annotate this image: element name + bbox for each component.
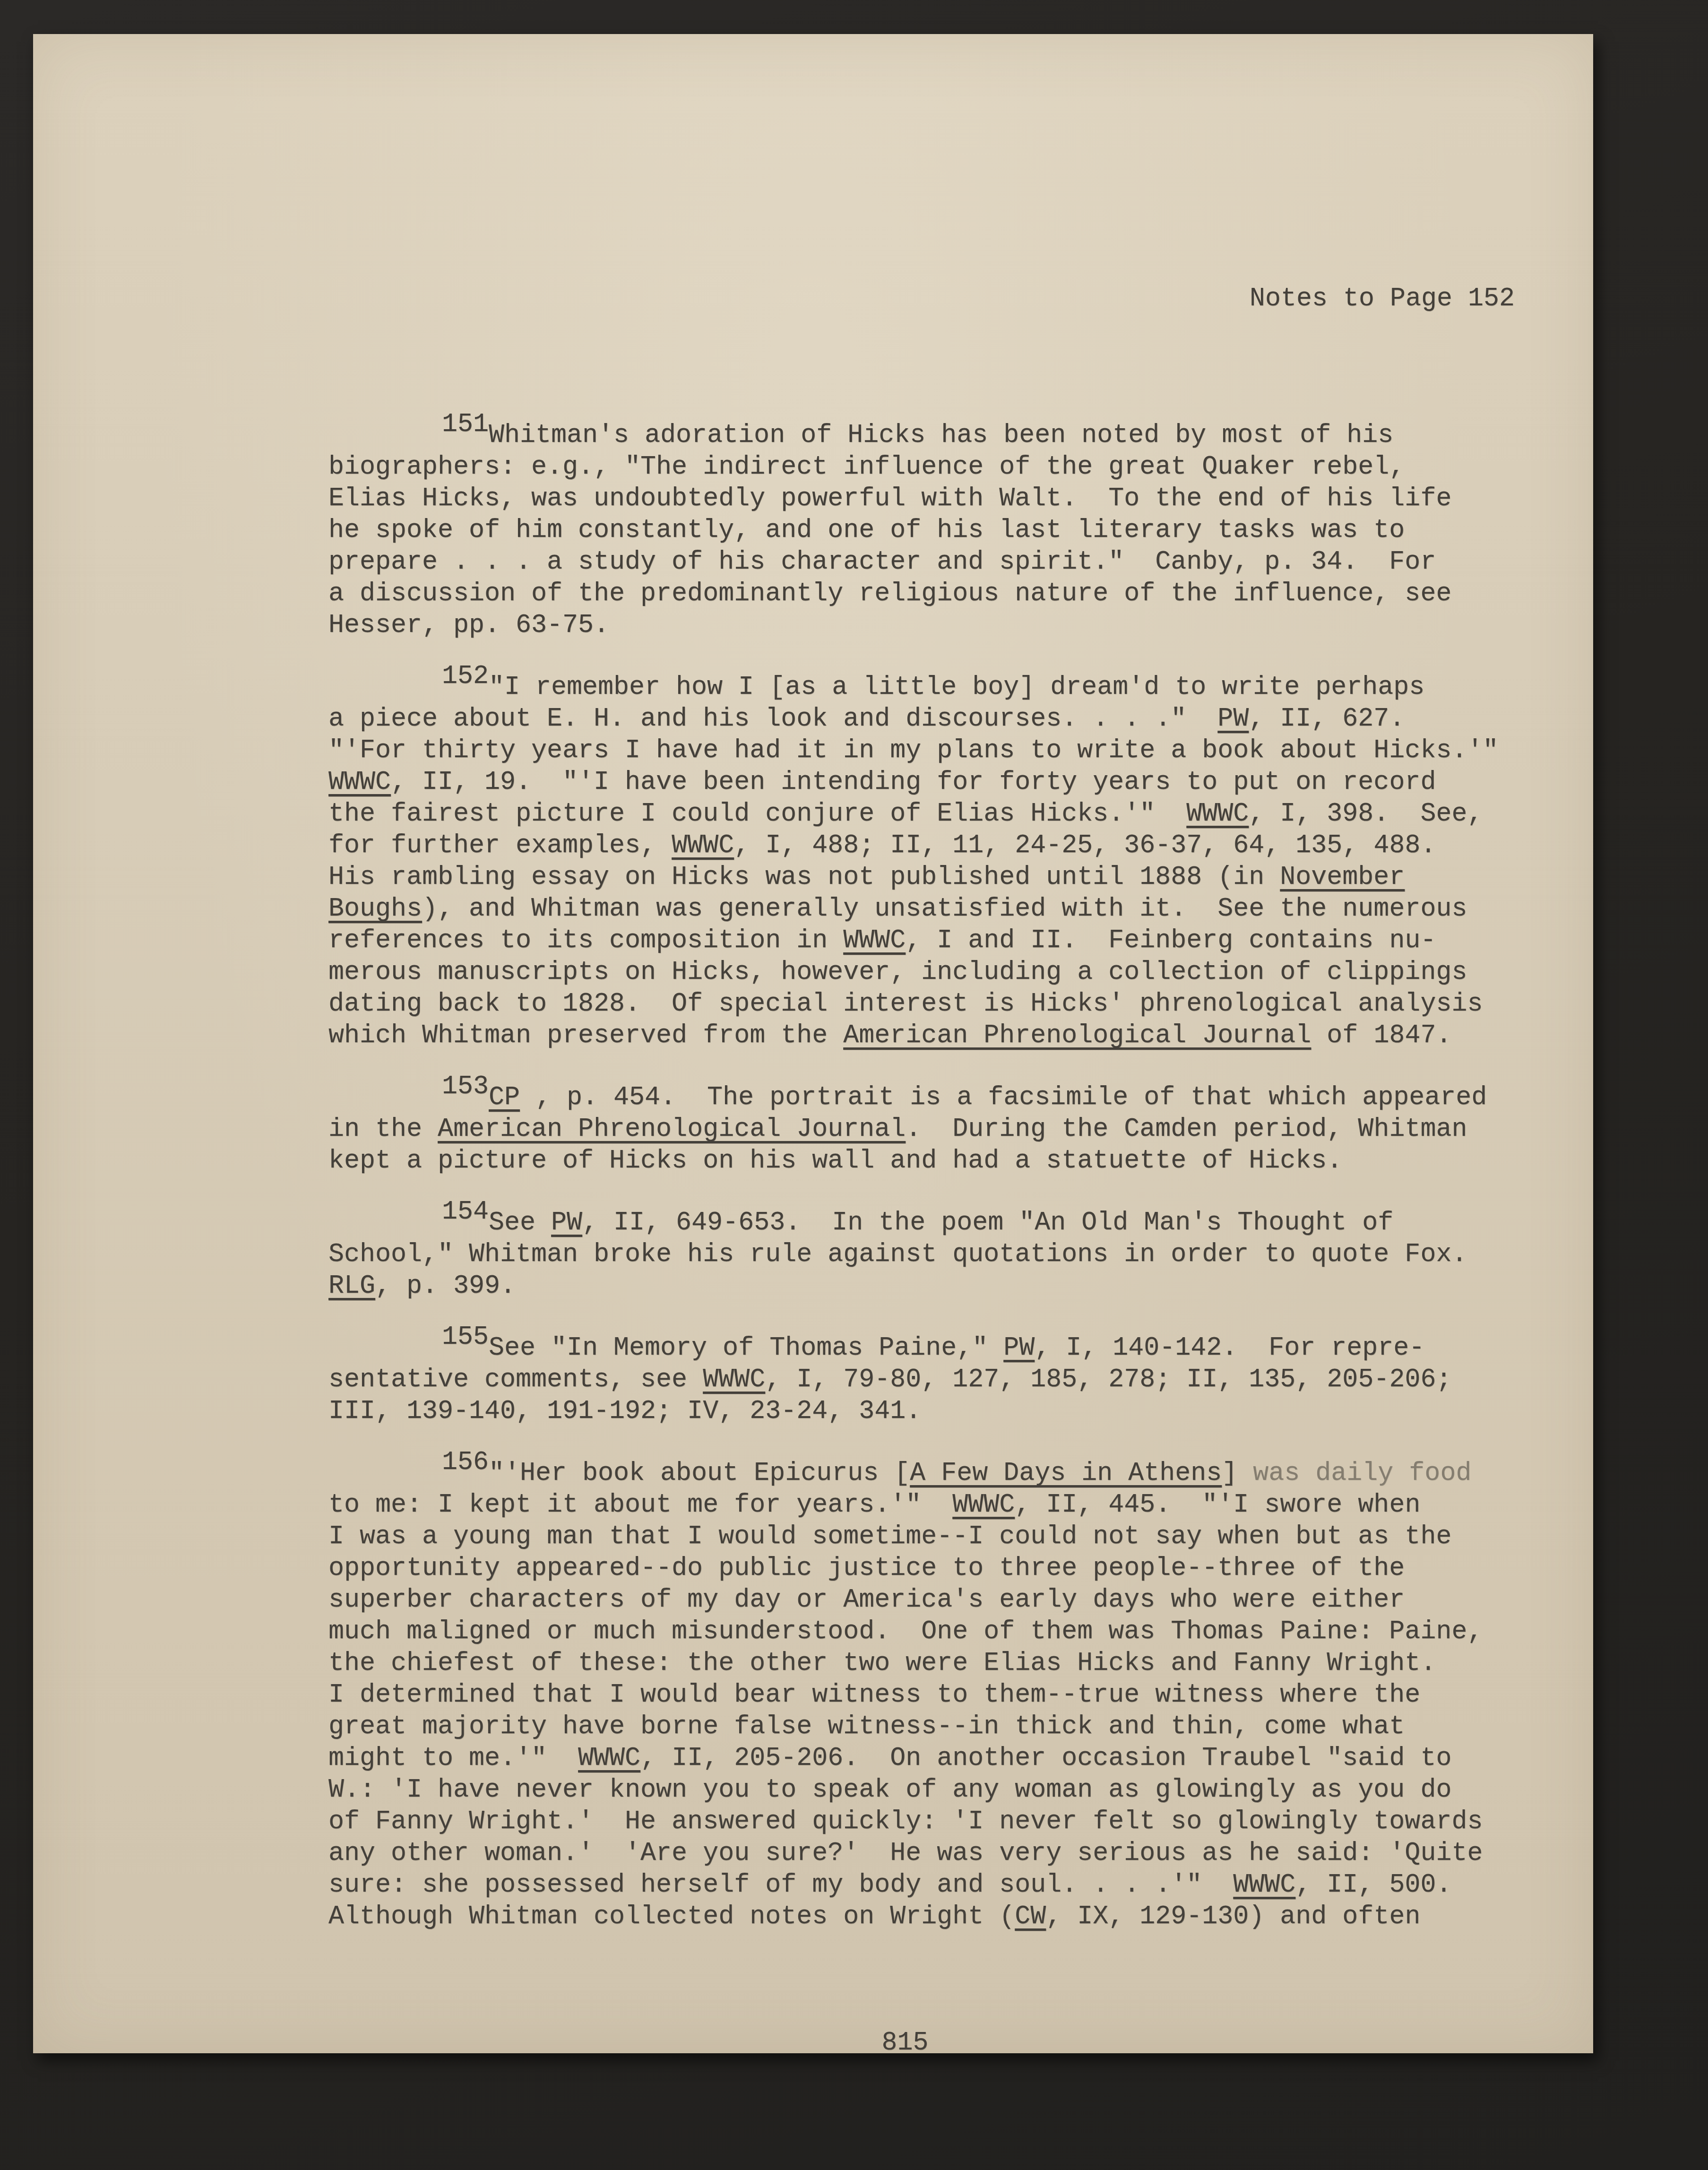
text-segment: biographers: e.g., "The indirect influen… (328, 452, 1405, 482)
text-segment: W.: 'I have never known you to speak of … (328, 1775, 1451, 1805)
text-line: dating back to 1828. Of special interest… (328, 988, 1482, 1020)
text-line: I was a young man that I would sometime-… (328, 1521, 1482, 1552)
text-segment: superber characters of my day or America… (328, 1585, 1405, 1615)
text-segment: kept a picture of Hicks on his wall and … (328, 1146, 1342, 1176)
text-segment: a piece about E. H. and his look and dis… (328, 704, 1217, 734)
text-line: he spoke of him constantly, and one of h… (328, 514, 1482, 546)
footnote-151: 151Whitman's adoration of Hicks has been… (328, 419, 1482, 641)
text-line: the fairest picture I could conjure of E… (328, 798, 1482, 830)
text-line: 155See "In Memory of Thomas Paine," PW, … (328, 1332, 1482, 1364)
text-line: Hesser, pp. 63-75. (328, 609, 1482, 641)
text-segment: See "In Memory of Thomas Paine," (489, 1333, 1003, 1363)
text-segment: School," Whitman broke his rule against … (328, 1239, 1467, 1269)
text-line: prepare . . . a study of his character a… (328, 546, 1482, 578)
page-number: 815 (328, 2027, 1482, 2058)
underlined-citation: PW (551, 1208, 582, 1237)
text-segment: , I, 488; II, 11, 24-25, 36-37, 64, 135,… (734, 830, 1436, 860)
text-line: which Whitman preserved from the America… (328, 1020, 1482, 1051)
underlined-citation: WWWC (843, 925, 906, 955)
footnote-155: 155See "In Memory of Thomas Paine," PW, … (328, 1332, 1482, 1427)
text-line: a discussion of the predominantly religi… (328, 578, 1482, 609)
text-line: 154See PW, II, 649-653. In the poem "An … (328, 1207, 1482, 1238)
text-line: 152"I remember how I [as a little boy] d… (328, 671, 1482, 703)
text-line: superber characters of my day or America… (328, 1584, 1482, 1616)
text-segment: , p. 454. The portrait is a facsimile of… (520, 1082, 1487, 1112)
text-segment: the fairest picture I could conjure of E… (328, 799, 1186, 829)
text-segment: His rambling essay on Hicks was not publ… (328, 862, 1280, 892)
underlined-citation: CP (489, 1082, 520, 1112)
text-line: Boughs), and Whitman was generally unsat… (328, 893, 1482, 925)
footnote-152: 152"I remember how I [as a little boy] d… (328, 671, 1482, 1051)
underlined-citation: November (1280, 862, 1405, 892)
text-line: great majority have borne false witness-… (328, 1711, 1482, 1742)
text-segment: sentative comments, see (328, 1365, 703, 1394)
text-line: for further examples, WWWC, I, 488; II, … (328, 830, 1482, 861)
text-line: of Fanny Wright.' He answered quickly: '… (328, 1806, 1482, 1837)
text-segment: , II, 649-653. In the poem "An Old Man's… (582, 1208, 1393, 1237)
text-line: biographers: e.g., "The indirect influen… (328, 451, 1482, 483)
text-segment: references to its composition in (328, 925, 843, 955)
text-line: much maligned or much misunderstood. One… (328, 1616, 1482, 1647)
underlined-citation: PW (1217, 704, 1249, 734)
underlined-citation: CW (1015, 1902, 1046, 1931)
underlined-citation: PW (1003, 1333, 1035, 1363)
text-segment: prepare . . . a study of his character a… (328, 547, 1436, 577)
underlined-citation: RLG (328, 1271, 375, 1301)
text-segment: might to me.'" (328, 1743, 578, 1773)
text-segment: sure: she possessed herself of my body a… (328, 1870, 1233, 1900)
footnote-153: 153CP , p. 454. The portrait is a facsim… (328, 1081, 1482, 1176)
text-segment: which Whitman preserved from the (328, 1020, 843, 1050)
text-segment: , II, 500. (1295, 1870, 1451, 1900)
text-segment: in the (328, 1114, 438, 1144)
text-segment: to me: I kept it about me for years.'" (328, 1490, 952, 1520)
text-segment: for further examples, (328, 830, 672, 860)
footnote-number: 151 (442, 409, 489, 439)
text-line: 151Whitman's adoration of Hicks has been… (328, 419, 1482, 451)
text-segment: , I, 398. See, (1249, 799, 1483, 829)
text-segment: , IX, 129-130) and often (1046, 1902, 1420, 1931)
underlined-citation: American Phrenological Journal (843, 1020, 1311, 1050)
text-segment: of Fanny Wright.' He answered quickly: '… (328, 1807, 1483, 1836)
text-segment: , I, 140-142. For repre- (1035, 1333, 1424, 1363)
footnotes-section: 151Whitman's adoration of Hicks has been… (328, 419, 1482, 1932)
text-line: the chiefest of these: the other two wer… (328, 1647, 1482, 1679)
text-line: 156"'Her book about Epicurus [A Few Days… (328, 1457, 1482, 1489)
underlined-citation: WWWC (952, 1490, 1015, 1520)
text-segment: any other woman.' 'Are you sure?' He was… (328, 1838, 1483, 1868)
text-segment: Hesser, pp. 63-75. (328, 610, 609, 640)
text-segment: much maligned or much misunderstood. One… (328, 1617, 1483, 1646)
text-line: kept a picture of Hicks on his wall and … (328, 1145, 1482, 1176)
text-line: School," Whitman broke his rule against … (328, 1238, 1482, 1270)
text-segment: "'For thirty years I have had it in my p… (328, 735, 1498, 765)
underlined-citation: WWWC (328, 767, 391, 797)
underlined-citation: WWWC (1233, 1870, 1295, 1900)
text-line: Elias Hicks, was undoubtedly powerful wi… (328, 483, 1482, 514)
text-line: His rambling essay on Hicks was not publ… (328, 861, 1482, 893)
scanner-background: Notes to Page 152 151Whitman's adoration… (0, 0, 1708, 2170)
underlined-citation: Boughs (328, 894, 422, 924)
underlined-citation: A Few Days in Athens (910, 1458, 1222, 1488)
text-segment: , II, 205-206. On another occasion Traub… (640, 1743, 1451, 1773)
text-segment: , I and II. Feinberg contains nu- (906, 925, 1436, 955)
text-segment: . During the Camden period, Whitman (906, 1114, 1467, 1144)
text-segment: ), and Whitman was generally unsatisfied… (422, 894, 1467, 924)
text-line: any other woman.' 'Are you sure?' He was… (328, 1837, 1482, 1869)
text-segment: Elias Hicks, was undoubtedly powerful wi… (328, 484, 1451, 513)
text-segment: , p. 399. (375, 1271, 516, 1301)
text-segment: , II, 445. "'I swore when (1015, 1490, 1420, 1520)
footnote-156: 156"'Her book about Epicurus [A Few Days… (328, 1457, 1482, 1932)
text-segment: See (489, 1208, 551, 1237)
text-segment: Whitman's adoration of Hicks has been no… (489, 420, 1393, 450)
underlined-citation: WWWC (1186, 799, 1249, 829)
underlined-citation: WWWC (672, 830, 734, 860)
text-segment: I was a young man that I would sometime-… (328, 1522, 1451, 1551)
text-line: references to its composition in WWWC, I… (328, 925, 1482, 956)
underlined-citation: American Phrenological Journal (438, 1114, 906, 1144)
text-segment: ] (1222, 1458, 1253, 1488)
text-segment: was daily food (1253, 1458, 1471, 1488)
text-segment: , I, 79-80, 127, 185, 278; II, 135, 205-… (765, 1365, 1451, 1394)
text-line: WWWC, II, 19. "'I have been intending fo… (328, 766, 1482, 798)
underlined-citation: WWWC (578, 1743, 640, 1773)
footnote-number: 155 (442, 1322, 489, 1352)
text-segment: he spoke of him constantly, and one of h… (328, 515, 1405, 545)
underlined-citation: WWWC (703, 1365, 765, 1394)
footnote-number: 156 (442, 1447, 489, 1477)
text-line: to me: I kept it about me for years.'" W… (328, 1489, 1482, 1521)
text-line: sentative comments, see WWWC, I, 79-80, … (328, 1364, 1482, 1395)
text-line: I determined that I would bear witness t… (328, 1679, 1482, 1711)
text-line: sure: she possessed herself of my body a… (328, 1869, 1482, 1901)
text-line: in the American Phrenological Journal. D… (328, 1113, 1482, 1145)
text-line: Although Whitman collected notes on Wrig… (328, 1901, 1482, 1932)
footnote-number: 153 (442, 1072, 489, 1101)
running-head: Notes to Page 152 (328, 283, 1515, 314)
text-segment: opportunity appeared--do public justice … (328, 1553, 1405, 1583)
text-line: 153CP , p. 454. The portrait is a facsim… (328, 1081, 1482, 1113)
footnote-number: 152 (442, 661, 489, 691)
text-segment: dating back to 1828. Of special interest… (328, 989, 1483, 1019)
document-page: Notes to Page 152 151Whitman's adoration… (33, 34, 1593, 2053)
text-segment: of 1847. (1311, 1020, 1451, 1050)
text-line: RLG, p. 399. (328, 1270, 1482, 1302)
text-segment: merous manuscripts on Hicks, however, in… (328, 957, 1467, 987)
footnote-number: 154 (442, 1197, 489, 1227)
text-line: might to me.'" WWWC, II, 205-206. On ano… (328, 1742, 1482, 1774)
text-segment: the chiefest of these: the other two wer… (328, 1648, 1436, 1678)
text-segment: I determined that I would bear witness t… (328, 1680, 1420, 1710)
text-segment: , II, 627. (1249, 704, 1405, 734)
text-line: merous manuscripts on Hicks, however, in… (328, 956, 1482, 988)
text-segment: a discussion of the predominantly religi… (328, 579, 1451, 608)
text-line: W.: 'I have never known you to speak of … (328, 1774, 1482, 1806)
text-line: opportunity appeared--do public justice … (328, 1552, 1482, 1584)
text-segment: great majority have borne false witness-… (328, 1712, 1405, 1741)
text-segment: Although Whitman collected notes on Wrig… (328, 1902, 1015, 1931)
footnote-154: 154See PW, II, 649-653. In the poem "An … (328, 1207, 1482, 1302)
text-segment: "'Her book about Epicurus [ (489, 1458, 910, 1488)
text-line: a piece about E. H. and his look and dis… (328, 703, 1482, 735)
text-segment: , II, 19. "'I have been intending for fo… (391, 767, 1436, 797)
text-line: III, 139-140, 191-192; IV, 23-24, 341. (328, 1395, 1482, 1427)
text-segment: "I remember how I [as a little boy] drea… (489, 672, 1424, 702)
text-line: "'For thirty years I have had it in my p… (328, 735, 1482, 766)
page-content: Notes to Page 152 151Whitman's adoration… (328, 34, 1482, 2122)
text-segment: III, 139-140, 191-192; IV, 23-24, 341. (328, 1396, 921, 1426)
